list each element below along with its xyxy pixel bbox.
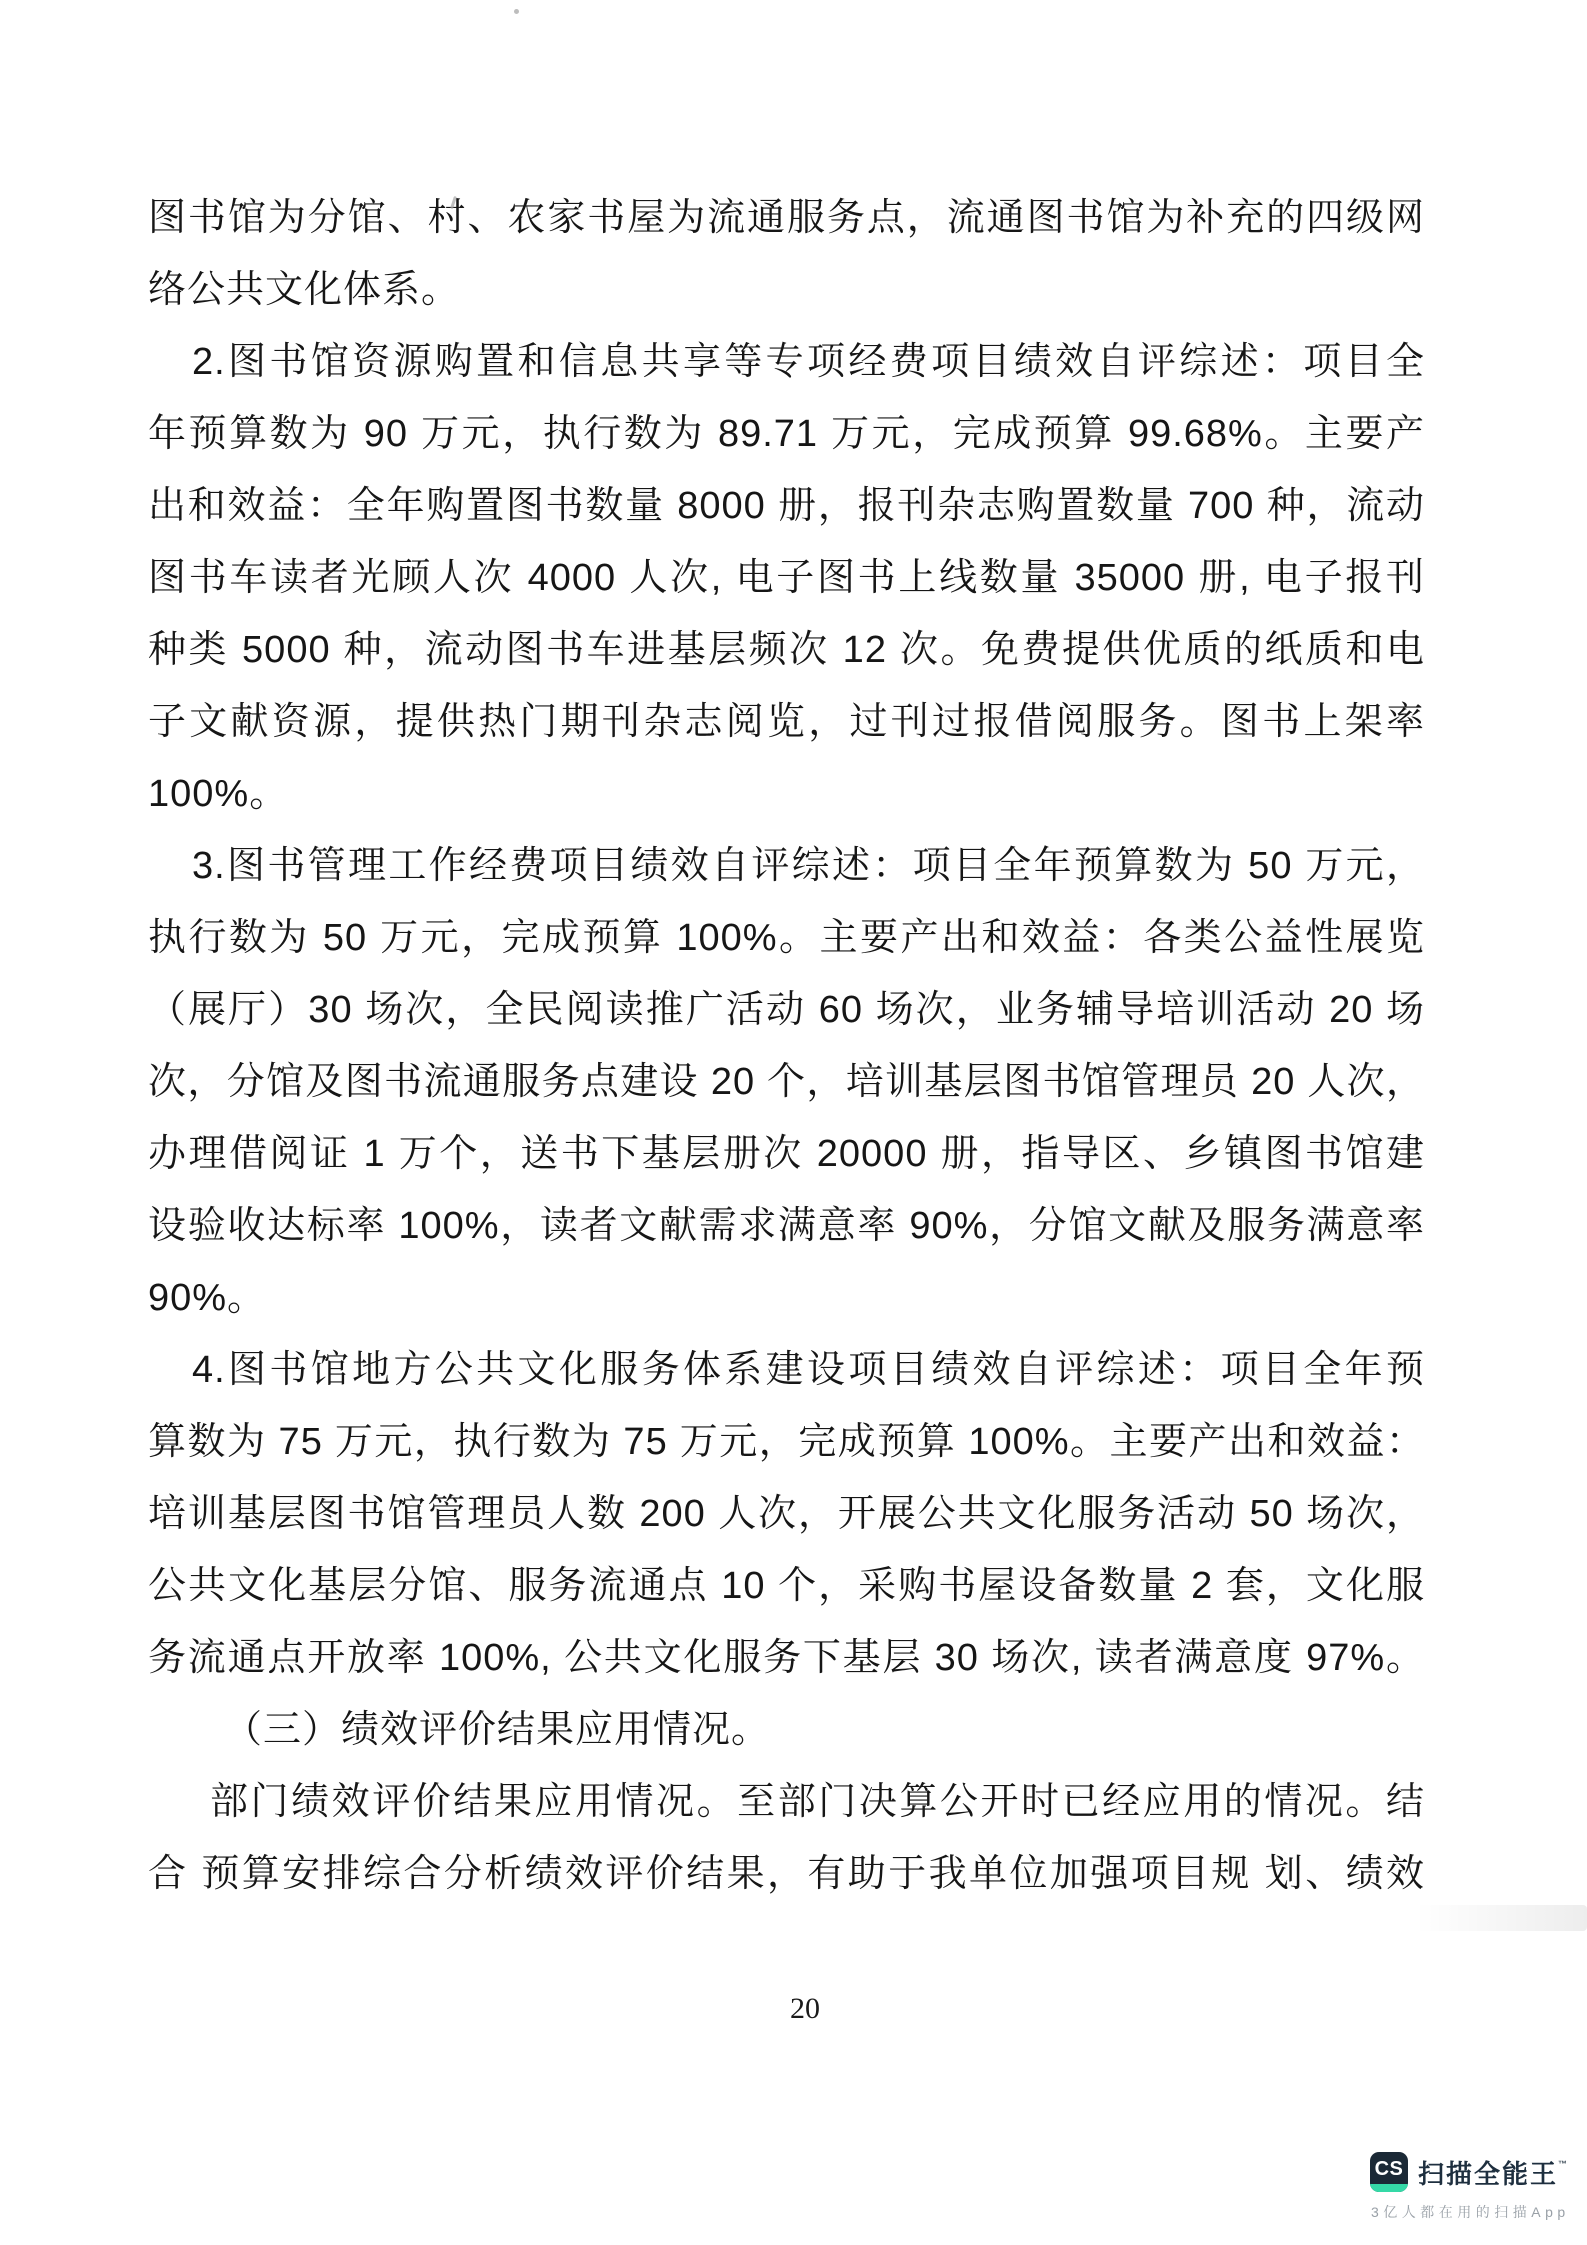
text-line: （展厅）30 场次，全民阅读推广活动 60 场次，业务辅导培训活动 20 场 xyxy=(148,974,1425,1046)
text-line: 络公共文化体系。 xyxy=(148,254,1425,326)
text-line: （三）绩效评价结果应用情况。 xyxy=(148,1694,1425,1766)
text-line: 办理借阅证 1 万个，送书下基层册次 20000 册，指导区、乡镇图书馆建 xyxy=(148,1118,1425,1190)
camscanner-watermark: CS 扫描全能王™ 3亿人都在用的扫描App xyxy=(1368,2150,1587,2230)
text-line: 3.图书管理工作经费项目绩效自评综述：项目全年预算数为 50 万元， xyxy=(148,830,1425,902)
page-number: 20 xyxy=(0,1992,1587,2026)
brand-tagline: 3亿人都在用的扫描App xyxy=(1371,2202,1570,2222)
cs-logo-accent-bar xyxy=(1370,2184,1408,2192)
scan-artifact-dot xyxy=(514,9,519,14)
text-line: 出和效益：全年购置图书数量 8000 册，报刊杂志购置数量 700 种，流动 xyxy=(148,470,1425,542)
brand-name-text: 扫描全能王 xyxy=(1418,2159,1558,2189)
text-line: 4.图书馆地方公共文化服务体系建设项目绩效自评综述：项目全年预 xyxy=(148,1334,1425,1406)
text-line: 图书馆为分馆、村、农家书屋为流通服务点，流通图书馆为补充的四级网 xyxy=(148,182,1425,254)
text-line: 2.图书馆资源购置和信息共享等专项经费项目绩效自评综述：项目全 xyxy=(148,326,1425,398)
text-line: 设验收达标率 100%，读者文献需求满意率 90%，分馆文献及服务满意率 xyxy=(148,1190,1425,1262)
text-line: 子文献资源，提供热门期刊杂志阅览，过刊过报借阅服务。图书上架率 xyxy=(148,686,1425,758)
cs-logo-letters: CS xyxy=(1370,2153,1408,2185)
text-line: 合 预算安排综合分析绩效评价结果，有助于我单位加强项目规 划、绩效 xyxy=(148,1838,1425,1910)
text-line: 年预算数为 90 万元，执行数为 89.71 万元，完成预算 99.68%。主要… xyxy=(148,398,1425,470)
text-line: 种类 5000 种，流动图书车进基层频次 12 次。免费提供优质的纸质和电 xyxy=(148,614,1425,686)
scan-artifact-smudge xyxy=(1415,1905,1587,1931)
text-line: 部门绩效评价结果应用情况。至部门决算公开时已经应用的情况。结 xyxy=(148,1766,1425,1838)
camscanner-logo-icon: CS xyxy=(1370,2152,1408,2192)
text-line: 算数为 75 万元，执行数为 75 万元，完成预算 100%。主要产出和效益： xyxy=(148,1406,1425,1478)
text-line: 培训基层图书馆管理员人数 200 人次，开展公共文化服务活动 50 场次， xyxy=(148,1478,1425,1550)
text-line: 公共文化基层分馆、服务流通点 10 个，采购书屋设备数量 2 套，文化服 xyxy=(148,1550,1425,1622)
text-line: 100%。 xyxy=(148,758,1425,830)
text-line: 执行数为 50 万元，完成预算 100%。主要产出和效益：各类公益性展览 xyxy=(148,902,1425,974)
text-line: 次，分馆及图书流通服务点建设 20 个，培训基层图书馆管理员 20 人次， xyxy=(148,1046,1425,1118)
trademark-symbol: ™ xyxy=(1558,2159,1567,2169)
text-line: 90%。 xyxy=(148,1262,1425,1334)
document-body: 图书馆为分馆、村、农家书屋为流通服务点，流通图书馆为补充的四级网 络公共文化体系… xyxy=(148,182,1425,1910)
text-line: 务流通点开放率 100%, 公共文化服务下基层 30 场次, 读者满意度 97%… xyxy=(148,1622,1425,1694)
scanned-document-page: 图书馆为分馆、村、农家书屋为流通服务点，流通图书馆为补充的四级网 络公共文化体系… xyxy=(0,0,1587,2245)
brand-name: 扫描全能王™ xyxy=(1418,2154,1567,2191)
text-line: 图书车读者光顾人次 4000 人次, 电子图书上线数量 35000 册, 电子报… xyxy=(148,542,1425,614)
